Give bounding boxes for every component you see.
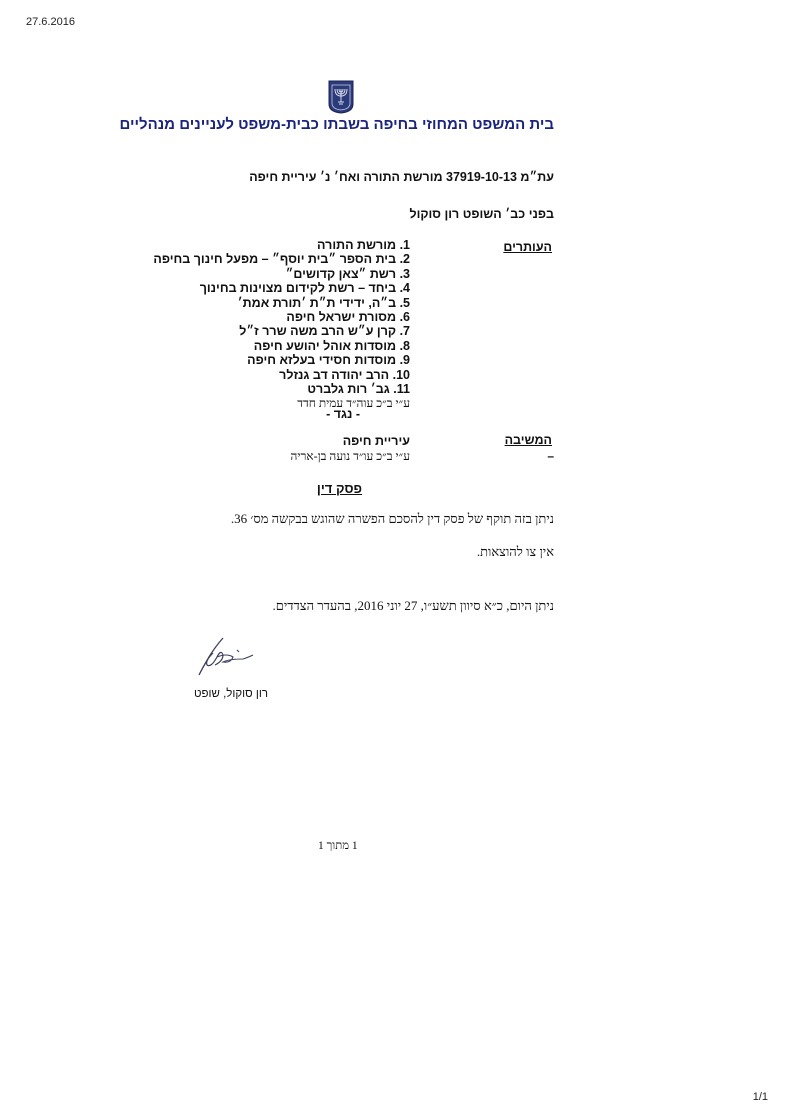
petitioner-number: 10. [393,368,410,382]
petitioner-item: 10. הרב יהודה דב גנזלר [153,368,410,382]
petitioner-name: ב״ה, ידידי ת״ת ׳תורת אמת׳ [238,296,397,310]
petitioner-item: 3. רשת ״צאן קדושים״ [153,267,410,281]
petitioner-name: מסורת ישראל חיפה [286,310,396,324]
petitioner-item: 4. ביחד – רשת לקידום מצוינות בחינוך [153,281,410,295]
petitioner-item: 5. ב״ה, ידידי ת״ת ׳תורת אמת׳ [153,296,410,310]
petitioner-item: 6. מסורת ישראל חיפה [153,310,410,324]
costs-paragraph: אין צו להוצאות. [477,544,554,560]
petitioner-name: בית הספר ״בית יוסף״ – מפעל חינוך בחיפה [153,252,396,266]
dash-mark: – [547,449,554,463]
petitioner-name: מוסדות חסידי בעלזא חיפה [247,353,396,367]
petitioner-number: 7. [400,324,410,338]
court-name: בית המשפט המחוזי בחיפה בשבתו כבית-משפט ל… [54,116,554,133]
petitioner-item: 8. מוסדות אוהל יהושע חיפה [153,339,410,353]
petitioner-number: 11. [393,382,410,396]
signature-image [193,635,263,680]
case-title: עת״מ 37919-10-13 מורשת התורה ואח׳ נ׳ עיר… [154,170,554,184]
petitioner-item: 2. בית הספר ״בית יוסף״ – מפעל חינוך בחיפ… [153,252,410,266]
petitioner-number: 8. [400,339,410,353]
petitioner-name: מוסדות אוהל יהושע חיפה [254,339,396,353]
petitioner-number: 9. [400,353,410,367]
respondent-block: עיריית חיפה ע״י ב״כ עו״ד נועה בן-אריה [290,434,410,464]
petitioner-number: 5. [400,296,410,310]
date-given-paragraph: ניתן היום, כ״א סיוון תשע״ו, 27 יוני 2016… [272,598,554,614]
state-emblem-icon [328,80,354,114]
petitioner-name: גב׳ רות גלברט [307,382,389,396]
petitioner-number: 3. [400,267,410,281]
respondent-counsel: ע״י ב״כ עו״ד נועה בן-אריה [290,449,410,464]
petitioner-item: 1. מורשת התורה [153,238,410,252]
respondent-label: המשיבה [505,433,552,447]
petitioner-name: מורשת התורה [317,238,396,252]
petitioner-item: 7. קרן ע״ש הרב משה שרר ז״ל [153,324,410,338]
page-of-indicator: 1 מתוך 1 [318,840,358,852]
petitioner-name: רשת ״צאן קדושים״ [286,267,397,281]
petitioner-item: 9. מוסדות חסידי בעלזא חיפה [153,353,410,367]
petitioner-name: קרן ע״ש הרב משה שרר ז״ל [239,324,396,338]
judge-signature-caption: רון סוקול, שופט [194,688,268,700]
respondent-name: עיריית חיפה [290,434,410,449]
petitioner-number: 1. [400,238,410,252]
petitioner-item: 11. גב׳ רות גלברט [153,382,410,396]
petitioner-number: 2. [400,252,410,266]
ruling-title: פסק דין [317,481,362,496]
ruling-paragraph: ניתן בזה תוקף של פסק דין להסכם הפשרה שהו… [231,511,554,527]
petitioner-name: הרב יהודה דב גנזלר [279,368,389,382]
petitioner-number: 6. [400,310,410,324]
petitioners-label: העותרים [503,240,552,254]
petitioner-name: ביחד – רשת לקידום מצוינות בחינוך [200,281,396,295]
petitioner-number: 4. [400,281,410,295]
petitioners-list-block: 1. מורשת התורה2. בית הספר ״בית יוסף״ – מ… [153,238,410,411]
print-page-indicator: 1/1 [753,1091,768,1103]
petitioners-list: 1. מורשת התורה2. בית הספר ״בית יוסף״ – מ… [153,238,410,396]
petitioners-counsel: ע״י ב״כ עוה״ד עמית חדד [153,396,410,410]
print-date: 27.6.2016 [26,16,75,28]
judge-line: בפני כב׳ השופט רון סוקול [254,207,554,221]
versus-separator: - נגד - [326,407,360,421]
